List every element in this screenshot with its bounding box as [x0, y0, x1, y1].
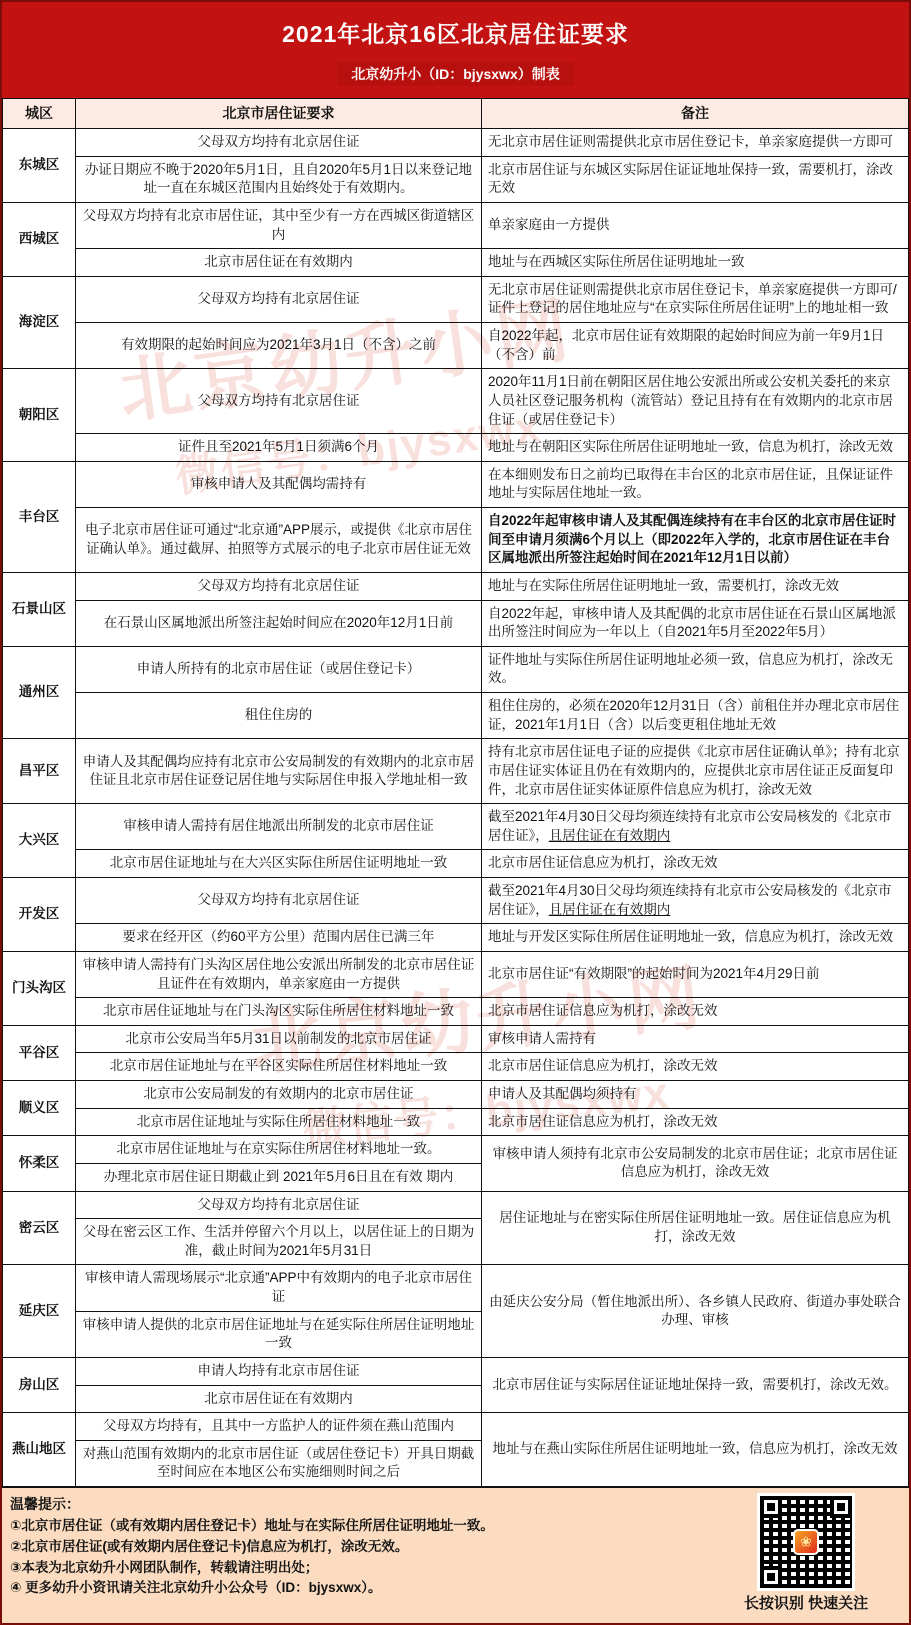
note-text: 北京市居住证“有效期限”的起始时间为2021年4月29日前 — [488, 966, 820, 981]
requirement-cell: 北京市居住证地址与在平谷区实际住所居住材料地址一致 — [76, 1053, 482, 1081]
table-row: 北京市居住证地址与在大兴区实际住所居住证明地址一致北京市居住证信息应为机打，涂改… — [3, 850, 909, 878]
note-cell: 地址与开发区实际住所居住证明地址一致，信息应为机打，涂改无效 — [482, 924, 909, 952]
note-cell: 截至2021年4月30日父母均须连续持有北京市公安局核发的《北京市居住证》，且居… — [482, 804, 909, 850]
table-header-row: 城区 北京市居住证要求 备注 — [3, 99, 909, 129]
qr-finder-icon — [760, 1566, 782, 1588]
note-text: 证件地址与实际住所居住证明地址必须一致，信息应为机打，涂改无效。 — [488, 652, 893, 686]
table-row: 北京市居住证地址与在平谷区实际住所居住材料地址一致北京市居住证信息应为机打，涂改… — [3, 1053, 909, 1081]
requirement-cell: 申请人所持有的北京市居住证（或居住登记卡） — [76, 646, 482, 692]
table-row: 证件且至2021年5月1日须满6个月地址与在朝阳区实际住所居住证明地址一致，信息… — [3, 434, 909, 462]
tips-block: 温馨提示： ①北京市居住证（或有效期内居住登记卡）地址与在实际住所居住证明地址一… — [10, 1494, 494, 1613]
requirement-cell: 父母双方均持有北京居住证 — [76, 129, 482, 157]
note-text: 北京市居住证与东城区实际居住证证地址保持一致，需要机打，涂改无效 — [488, 162, 893, 196]
tips-title: 温馨提示： — [10, 1494, 494, 1516]
requirement-cell: 北京市居住证地址与在大兴区实际住所居住证明地址一致 — [76, 850, 482, 878]
table-row: 丰台区审核申请人及其配偶均需持有在本细则发布日之前均已取得在丰台区的北京市居住证… — [3, 461, 909, 507]
note-cell: 租住住房的，必须在2020年12月31日（含）前租住并办理北京市居住证，2021… — [482, 693, 909, 739]
note-text: 无北京市居住证则需提供北京市居住登记卡，单亲家庭提供一方即可/证件上登记的居住地… — [488, 282, 897, 316]
table-row: 开发区父母双方均持有北京居住证截至2021年4月30日父母均须连续持有北京市公安… — [3, 878, 909, 924]
note-text: 持有北京市居住证电子证的应提供《北京市居住证确认单》；持有北京市居住证实体证且仍… — [488, 744, 900, 796]
district-name-cell: 通州区 — [3, 646, 76, 739]
note-text: 申请人及其配偶均须持有 — [488, 1086, 637, 1101]
table-row: 房山区申请人均持有北京市居住证北京市居住证与实际居住证证地址保持一致，需要机打，… — [3, 1357, 909, 1385]
requirement-cell: 父母双方均持有北京居住证 — [76, 878, 482, 924]
district-name-cell: 西城区 — [3, 202, 76, 276]
requirement-cell: 审核申请人提供的北京市居住证地址与在延实际住所居住证明地址一致 — [76, 1311, 482, 1357]
table-row: 北京市居住证地址与实际住所居住材料地址一致北京市居住证信息应为机打，涂改无效 — [3, 1108, 909, 1136]
note-cell: 2020年11月1日前在朝阳区居住地公安派出所或公安机关委托的来京人员社区登记服… — [482, 369, 909, 434]
page-title: 2021年北京16区北京居住证要求 — [2, 16, 909, 49]
table-row: 海淀区父母双方均持有北京居住证无北京市居住证则需提供北京市居住登记卡，单亲家庭提… — [3, 276, 909, 322]
note-text: 审核申请人需持有 — [488, 1031, 596, 1046]
poster-page: 2021年北京16区北京居住证要求 北京幼升小（ID：bjysxwx）制表 北京… — [0, 0, 911, 1625]
note-cell: 地址与在实际住所居住证明地址一致，需要机打，涂改无效 — [482, 572, 909, 600]
tip-item: ①北京市居住证（或有效期内居住登记卡）地址与在实际住所居住证明地址一致。 — [10, 1516, 494, 1537]
tips-list: ①北京市居住证（或有效期内居住登记卡）地址与在实际住所居住证明地址一致。②北京市… — [10, 1516, 494, 1600]
table-row: 密云区父母双方均持有北京居住证居住证地址与在密实际住所居住证明地址一致。居住证信… — [3, 1191, 909, 1219]
table-row: 通州区申请人所持有的北京市居住证（或居住登记卡）证件地址与实际住所居住证明地址必… — [3, 646, 909, 692]
requirement-cell: 北京市居住证地址与在门头沟区实际住所居住材料地址一致 — [76, 998, 482, 1026]
qr-caption: 长按识别 快速关注 — [721, 1592, 891, 1613]
district-name-cell: 昌平区 — [3, 739, 76, 804]
requirement-cell: 审核申请人需持有居住地派出所制发的北京市居住证 — [76, 804, 482, 850]
note-text: 地址与开发区实际住所居住证明地址一致，信息应为机打，涂改无效 — [488, 929, 893, 944]
note-cell: 地址与在朝阳区实际住所居住证明地址一致，信息为机打，涂改无效 — [482, 434, 909, 462]
qr-code-icon — [760, 1496, 852, 1588]
note-cell: 居住证地址与在密实际住所居住证明地址一致。居住证信息应为机打，涂改无效 — [482, 1191, 909, 1265]
table-row: 办证日期应不晚于2020年5月1日，且自2020年5月1日以来登记地址一直在东城… — [3, 156, 909, 202]
district-name-cell: 延庆区 — [3, 1265, 76, 1358]
requirement-cell: 父母双方均持有北京居住证 — [76, 1191, 482, 1219]
requirement-cell: 父母在密云区工作、生活并停留六个月以上，以居住证上的日期为准，截止时间为2021… — [76, 1219, 482, 1265]
requirement-cell: 北京市居住证在有效期内 — [76, 1385, 482, 1413]
table-body: 东城区父母双方均持有北京居住证无北京市居住证则需提供北京市居住登记卡，单亲家庭提… — [3, 129, 909, 1487]
note-cell: 北京市居住证与东城区实际居住证证地址保持一致，需要机打，涂改无效 — [482, 156, 909, 202]
requirement-cell: 父母双方均持有北京居住证 — [76, 369, 482, 434]
requirement-cell: 审核申请人需现场展示“北京通”APP中有效期内的电子北京市居住证 — [76, 1265, 482, 1311]
note-cell: 北京市居住证信息应为机打，涂改无效 — [482, 1053, 909, 1081]
table-row: 北京市居住证地址与在门头沟区实际住所居住材料地址一致北京市居住证信息应为机打，涂… — [3, 998, 909, 1026]
district-name-cell: 东城区 — [3, 129, 76, 203]
table-row: 要求在经开区（约60平方公里）范围内居住已满三年地址与开发区实际住所居住证明地址… — [3, 924, 909, 952]
note-text: 北京市居住证信息应为机打，涂改无效 — [488, 855, 718, 870]
note-cell: 北京市居住证信息应为机打，涂改无效 — [482, 850, 909, 878]
note-text: 地址与在朝阳区实际住所居住证明地址一致，信息为机打，涂改无效 — [488, 439, 893, 454]
tip-item: ④ 更多幼升小资讯请关注北京幼升小公众号（ID：bjysxwx）。 — [10, 1578, 494, 1599]
note-text-underlined: 且居住证在有效期内 — [549, 828, 671, 843]
requirement-cell: 证件且至2021年5月1日须满6个月 — [76, 434, 482, 462]
district-name-cell: 石景山区 — [3, 572, 76, 646]
note-cell: 北京市居住证信息应为机打，涂改无效 — [482, 998, 909, 1026]
district-name-cell: 房山区 — [3, 1357, 76, 1412]
column-header-requirement: 北京市居住证要求 — [76, 99, 482, 129]
table-row: 大兴区审核申请人需持有居住地派出所制发的北京市居住证截至2021年4月30日父母… — [3, 804, 909, 850]
table-row: 平谷区北京市公安局当年5月31日以前制发的北京市居住证审核申请人需持有 — [3, 1025, 909, 1053]
requirement-cell: 北京市居住证地址与实际住所居住材料地址一致 — [76, 1108, 482, 1136]
column-header-note: 备注 — [482, 99, 909, 129]
note-cell: 自2022年起，北京市居住证有效期限的起始时间应为前一年9月1日（不含）前 — [482, 323, 909, 369]
page-header: 2021年北京16区北京居住证要求 北京幼升小（ID：bjysxwx）制表 — [2, 2, 909, 98]
table-row: 在石景山区属地派出所签注起始时间应在2020年12月1日前自2022年起，审核申… — [3, 600, 909, 646]
note-cell: 自2022年起，审核申请人及其配偶的北京市居住证在石景山区属地派出所签注时间应为… — [482, 600, 909, 646]
requirement-cell: 北京市公安局当年5月31日以前制发的北京市居住证 — [76, 1025, 482, 1053]
requirement-cell: 北京市居住证在有效期内 — [76, 249, 482, 277]
requirement-cell: 电子北京市居住证可通过“北京通”APP展示，或提供《北京市居住证确认单》。通过截… — [76, 508, 482, 573]
qr-finder-icon — [760, 1496, 782, 1518]
note-text: 地址与在西城区实际住所居住证明地址一致 — [488, 254, 745, 269]
requirement-cell: 申请人均持有北京市居住证 — [76, 1357, 482, 1385]
note-cell: 由延庆公安分局（暂住地派出所）、各乡镇人民政府、街道办事处联合办理、审核 — [482, 1265, 909, 1358]
district-name-cell: 开发区 — [3, 878, 76, 952]
district-name-cell: 海淀区 — [3, 276, 76, 369]
note-text: 单亲家庭由一方提供 — [488, 217, 610, 232]
requirement-cell: 北京市居住证地址与在京实际住所居住材料地址一致。 — [76, 1136, 482, 1164]
note-text: 租住住房的，必须在2020年12月31日（含）前租住并办理北京市居住证，2021… — [488, 698, 899, 732]
table-row: 怀柔区北京市居住证地址与在京实际住所居住材料地址一致。审核申请人须持有北京市公安… — [3, 1136, 909, 1164]
requirement-cell: 申请人及其配偶均应持有北京市公安局制发的有效期内的北京市居住证且北京市居住证登记… — [76, 739, 482, 804]
table-row: 电子北京市居住证可通过“北京通”APP展示，或提供《北京市居住证确认单》。通过截… — [3, 508, 909, 573]
requirement-cell: 对燕山范围有效期内的北京市居住证（或居住登记卡）开具日期截至时间应在本地区公布实… — [76, 1440, 482, 1486]
table-row: 朝阳区父母双方均持有北京居住证2020年11月1日前在朝阳区居住地公安派出所或公… — [3, 369, 909, 434]
requirement-cell: 办理北京市居住证日期截止到 2021年5月6日且在有效 期内 — [76, 1163, 482, 1191]
note-cell: 地址与在西城区实际住所居住证明地址一致 — [482, 249, 909, 277]
requirements-table: 城区 北京市居住证要求 备注 东城区父母双方均持有北京居住证无北京市居住证则需提… — [2, 98, 909, 1487]
district-name-cell: 怀柔区 — [3, 1136, 76, 1191]
note-cell: 北京市居住证与实际居住证证地址保持一致，需要机打，涂改无效。 — [482, 1357, 909, 1412]
note-text: 无北京市居住证则需提供北京市居住登记卡，单亲家庭提供一方即可 — [488, 134, 893, 149]
note-cell: 无北京市居住证则需提供北京市居住登记卡，单亲家庭提供一方即可/证件上登记的居住地… — [482, 276, 909, 322]
note-cell: 审核申请人须持有北京市公安局制发的北京市居住证；北京市居住证信息应为机打，涂改无… — [482, 1136, 909, 1191]
qr-block: 长按识别 快速关注 — [721, 1494, 901, 1613]
note-text: 自2022年起，北京市居住证有效期限的起始时间应为前一年9月1日（不含）前 — [488, 328, 884, 362]
requirement-cell: 租住住房的 — [76, 693, 482, 739]
district-name-cell: 丰台区 — [3, 461, 76, 572]
column-header-district: 城区 — [3, 99, 76, 129]
note-text: 自2022年起，审核申请人及其配偶的北京市居住证在石景山区属地派出所签注时间应为… — [488, 606, 896, 640]
requirement-cell: 父母双方均持有北京居住证 — [76, 276, 482, 322]
note-text: 北京市居住证信息应为机打，涂改无效 — [488, 1058, 718, 1073]
district-name-cell: 朝阳区 — [3, 369, 76, 462]
note-cell: 北京市居住证信息应为机打，涂改无效 — [482, 1108, 909, 1136]
note-text: 2020年11月1日前在朝阳区居住地公安派出所或公安机关委托的来京人员社区登记服… — [488, 374, 893, 426]
table-row: 石景山区父母双方均持有北京居住证地址与在实际住所居住证明地址一致，需要机打，涂改… — [3, 572, 909, 600]
note-text-underlined: 且居住证在有效期内 — [549, 902, 671, 917]
requirement-cell: 北京市公安局制发的有效期内的北京市居住证 — [76, 1081, 482, 1109]
table-row: 门头沟区审核申请人需持有门头沟区居住地公安派出所制发的北京市居住证且证件在有效期… — [3, 951, 909, 997]
requirement-cell: 审核申请人需持有门头沟区居住地公安派出所制发的北京市居住证且证件在有效期内，单亲… — [76, 951, 482, 997]
table-row: 东城区父母双方均持有北京居住证无北京市居住证则需提供北京市居住登记卡，单亲家庭提… — [3, 129, 909, 157]
requirement-cell: 审核申请人及其配偶均需持有 — [76, 461, 482, 507]
district-name-cell: 密云区 — [3, 1191, 76, 1265]
district-name-cell: 平谷区 — [3, 1025, 76, 1080]
requirement-cell: 办证日期应不晚于2020年5月1日，且自2020年5月1日以来登记地址一直在东城… — [76, 156, 482, 202]
requirement-cell: 父母双方均持有北京居住证 — [76, 572, 482, 600]
page-footer: 温馨提示： ①北京市居住证（或有效期内居住登记卡）地址与在实际住所居住证明地址一… — [2, 1487, 909, 1623]
note-text: 在本细则发布日之前均已取得在丰台区的北京市居住证，且保证证件地址与实际居住地址一… — [488, 467, 893, 501]
qr-finder-icon — [830, 1496, 852, 1518]
note-cell: 审核申请人需持有 — [482, 1025, 909, 1053]
requirement-cell: 父母双方均持有，且其中一方监护人的证件须在燕山范围内 — [76, 1413, 482, 1441]
note-cell: 地址与在燕山实际住所居住证明地址一致，信息应为机打，涂改无效 — [482, 1413, 909, 1487]
page-subtitle: 北京幼升小（ID：bjysxwx）制表 — [337, 62, 573, 86]
table-row: 顺义区北京市公安局制发的有效期内的北京市居住证申请人及其配偶均须持有 — [3, 1081, 909, 1109]
district-name-cell: 门头沟区 — [3, 951, 76, 1025]
note-text: 北京市居住证信息应为机打，涂改无效 — [488, 1003, 718, 1018]
note-cell: 自2022年起审核申请人及其配偶连续持有在丰台区的北京市居住证时间至申请月须满6… — [482, 508, 909, 573]
note-cell: 申请人及其配偶均须持有 — [482, 1081, 909, 1109]
requirement-cell: 在石景山区属地派出所签注起始时间应在2020年12月1日前 — [76, 600, 482, 646]
table-row: 有效期限的起始时间应为2021年3月1日（不含）之前自2022年起，北京市居住证… — [3, 323, 909, 369]
table-row: 延庆区审核申请人需现场展示“北京通”APP中有效期内的电子北京市居住证由延庆公安… — [3, 1265, 909, 1311]
note-cell: 证件地址与实际住所居住证明地址必须一致，信息应为机打，涂改无效。 — [482, 646, 909, 692]
requirement-cell: 有效期限的起始时间应为2021年3月1日（不含）之前 — [76, 323, 482, 369]
district-name-cell: 大兴区 — [3, 804, 76, 878]
note-cell: 持有北京市居住证电子证的应提供《北京市居住证确认单》；持有北京市居住证实体证且仍… — [482, 739, 909, 804]
note-text: 自2022年起审核申请人及其配偶连续持有在丰台区的北京市居住证时间至申请月须满6… — [488, 513, 896, 565]
note-cell: 无北京市居住证则需提供北京市居住登记卡，单亲家庭提供一方即可 — [482, 129, 909, 157]
tip-item: ③本表为北京幼升小网团队制作，转载请注明出处； — [10, 1558, 494, 1579]
note-cell: 截至2021年4月30日父母均须连续持有北京市公安局核发的《北京市居住证》，且居… — [482, 878, 909, 924]
district-name-cell: 燕山地区 — [3, 1413, 76, 1487]
note-cell: 单亲家庭由一方提供 — [482, 202, 909, 248]
wechat-account-logo-icon — [793, 1529, 819, 1555]
note-text: 北京市居住证信息应为机打，涂改无效 — [488, 1114, 718, 1129]
table-row: 租住住房的租住住房的，必须在2020年12月31日（含）前租住并办理北京市居住证… — [3, 693, 909, 739]
requirement-cell: 要求在经开区（约60平方公里）范围内居住已满三年 — [76, 924, 482, 952]
requirement-cell: 父母双方均持有北京市居住证，其中至少有一方在西城区街道辖区内 — [76, 202, 482, 248]
table-row: 西城区父母双方均持有北京市居住证，其中至少有一方在西城区街道辖区内单亲家庭由一方… — [3, 202, 909, 248]
district-name-cell: 顺义区 — [3, 1081, 76, 1136]
table-row: 北京市居住证在有效期内地址与在西城区实际住所居住证明地址一致 — [3, 249, 909, 277]
tip-item: ②北京市居住证(或有效期内居住登记卡)信息应为机打，涂改无效。 — [10, 1537, 494, 1558]
table-row: 昌平区申请人及其配偶均应持有北京市公安局制发的有效期内的北京市居住证且北京市居住… — [3, 739, 909, 804]
note-text: 地址与在实际住所居住证明地址一致，需要机打，涂改无效 — [488, 578, 839, 593]
note-cell: 在本细则发布日之前均已取得在丰台区的北京市居住证，且保证证件地址与实际居住地址一… — [482, 461, 909, 507]
note-cell: 北京市居住证“有效期限”的起始时间为2021年4月29日前 — [482, 951, 909, 997]
